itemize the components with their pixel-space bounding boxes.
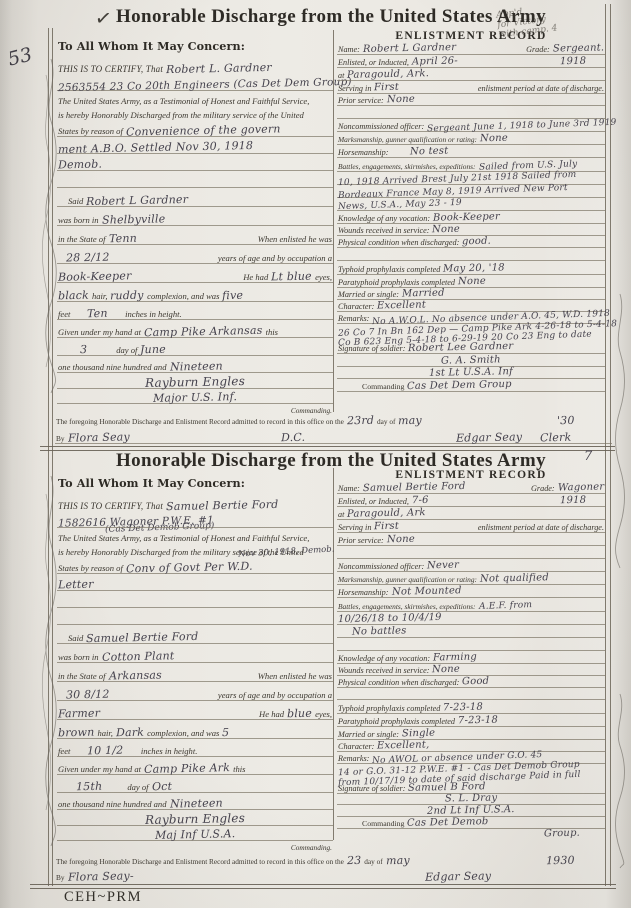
- value: may: [386, 855, 410, 866]
- label: Marksmanship, gunner qualification or ra…: [338, 575, 477, 584]
- value: None: [387, 95, 415, 106]
- form2-testimonial1-row: The United States Army, as a Testimonial…: [57, 528, 333, 543]
- salutation-text: To All Whom It May Concern:: [58, 476, 245, 490]
- value: 23: [347, 855, 362, 866]
- form1-reason3-row: Demob.: [57, 154, 333, 171]
- label: Grade:: [531, 484, 555, 493]
- form2-er-enlisted-row: Enlisted, or Inducted, 7-6 1918: [337, 494, 605, 507]
- label: inches in height.: [125, 309, 182, 319]
- label: Given under my hand at: [58, 764, 141, 774]
- form1-er-at-row: at Paragould, Ark.: [337, 68, 605, 81]
- label: Paratyphoid prophylaxis completed: [338, 278, 455, 287]
- deputy-signature: Flora Seay-: [67, 870, 133, 882]
- form1-day-row: 3 day of June: [57, 338, 333, 356]
- form2-er-battles2-row: 10/26/18 to 10/4/19: [337, 612, 605, 625]
- form2-given-row: Given under my hand at Camp Pike Ark thi…: [57, 757, 333, 775]
- label: Physical condition when discharged:: [338, 678, 459, 687]
- enlistment-record-title: ENLISTMENT RECORD: [338, 30, 604, 42]
- label: Remarks:: [338, 754, 369, 763]
- value: Sergeant.: [553, 43, 604, 54]
- signature: G. A. Smith: [441, 355, 501, 366]
- page-number: 53: [6, 43, 35, 70]
- label: feet: [58, 746, 70, 756]
- label: By: [56, 873, 65, 882]
- label: Knowledge of any vocation:: [338, 654, 430, 663]
- form2-blank-row-2: [57, 608, 333, 625]
- value: No test: [409, 147, 448, 158]
- form2-testimonial2-row: is hereby Honorably Discharged from the …: [57, 543, 333, 557]
- label: Paratyphoid prophylaxis completed: [338, 717, 455, 726]
- label: one thousand nine hundred and: [58, 799, 167, 809]
- form2-er-character-row: Character: Excellent,: [337, 740, 605, 752]
- value: Wagoner: [558, 483, 605, 494]
- label: was born in: [58, 652, 99, 662]
- value: Cas Det Dem Group: [407, 380, 512, 392]
- value: black: [58, 290, 89, 302]
- form1-enlistment-column: ENLISTMENT RECORD Name: Robert L Gardner…: [337, 28, 605, 392]
- form1-er-physical-row: Physical condition when discharged: good…: [337, 236, 605, 248]
- value: ment A.B.O. Settled Nov 30, 1918: [58, 140, 253, 155]
- value: Group.: [544, 829, 580, 840]
- form2-er-married-row: Married or single: Single: [337, 727, 605, 740]
- form1-er-wounds-row: Wounds received in service: None: [337, 224, 605, 236]
- form1-er-officer-signature-row: G. A. Smith: [337, 354, 605, 367]
- label: day of: [127, 782, 148, 792]
- label: He had: [259, 709, 284, 719]
- form1-discharge-column: To All Whom It May Concern: THIS IS TO C…: [57, 33, 333, 415]
- form2-er-officer-signature-row: S. L. Dray: [337, 794, 605, 805]
- value: ruddy: [110, 290, 144, 302]
- label: Character:: [338, 302, 374, 311]
- form2-officer-rank-row: Maj Inf U.S.A.: [57, 826, 333, 841]
- value: Farming: [433, 653, 477, 664]
- value: None: [458, 277, 486, 288]
- value: Book-Keeper: [58, 270, 132, 283]
- value: May 20, '18: [443, 263, 505, 274]
- value: Excellent: [377, 300, 426, 311]
- value: Excellent,: [377, 740, 430, 751]
- value: None: [387, 535, 415, 546]
- label: inches in height.: [141, 746, 198, 756]
- value: 30 8/12: [66, 689, 110, 701]
- form2-er-title-row: ENLISTMENT RECORD: [337, 466, 605, 481]
- label: enlistment period at date of discharge.: [478, 84, 604, 93]
- clerk-signature: Edgar Seay: [456, 431, 522, 443]
- form1-reason2-row: ment A.B.O. Settled Nov 30, 1918: [57, 137, 333, 154]
- label: Wounds received in service:: [338, 226, 429, 235]
- form2-blank-row-1: [57, 591, 333, 608]
- value: Samuel Bertie Ford: [166, 499, 279, 512]
- form2-footer-line2: By Flora Seay- Edgar Seay: [55, 866, 612, 882]
- label: Said: [68, 633, 83, 643]
- value: Nineteen: [169, 797, 222, 809]
- label: Said: [68, 196, 83, 206]
- form2-er-officer-rank-row: 2nd Lt Inf U.S.A.: [337, 805, 605, 817]
- form1-testimonial1-row: The United States Army, as a Testimonial…: [57, 91, 333, 106]
- form1-er-paratyphoid-row: Paratyphoid prophylaxis completed None: [337, 275, 605, 288]
- value: None: [432, 665, 460, 676]
- label: Enlisted, or Inducted,: [338, 58, 409, 67]
- label: Given under my hand at: [58, 327, 141, 337]
- form2-er-name-row: Name: Samuel Bertie Ford Grade: Wagoner: [337, 481, 605, 494]
- label: Character:: [338, 742, 374, 751]
- form1-serial-row: 2563554 23 Co 20th Engineers (Cas Det De…: [57, 74, 333, 91]
- label: Commanding.: [291, 843, 332, 852]
- label: Commanding: [362, 819, 404, 828]
- form1-er-enlisted-row: Enlisted, or Inducted, April 26- 1918: [337, 55, 605, 68]
- value: 1930: [546, 855, 575, 867]
- form2-said-row: Said Samuel Bertie Ford: [57, 625, 333, 644]
- value: Samuel Bertie Ford: [86, 631, 199, 644]
- form1-certify-row: THIS IS TO CERTIFY, That Robert L. Gardn…: [57, 53, 333, 74]
- form2-er-vocation-row: Knowledge of any vocation: Farming: [337, 651, 605, 664]
- label: in the State of: [58, 671, 106, 681]
- form2-er-blank2-row: [337, 638, 605, 651]
- soldier-signature: Robert Lee Gardner: [408, 342, 514, 354]
- form2-er-typhoid-row: Typhoid prophylaxis completed 7-23-18: [337, 700, 605, 714]
- label: THIS IS TO CERTIFY, That: [58, 64, 163, 74]
- value: Conv of Govt Per W.D.: [126, 561, 253, 575]
- value: First: [374, 83, 399, 94]
- form1-officer-rank-row: Major U.S. Inf.: [57, 389, 333, 404]
- value: Not Mounted: [391, 586, 461, 597]
- value: Good: [462, 677, 489, 688]
- value: 10/26/18 to 10/4/19: [338, 613, 442, 625]
- value: Maj Inf U.S.A.: [155, 828, 236, 841]
- label: The foregoing Honorable Discharge and En…: [56, 857, 344, 866]
- form1-er-serving-row: Serving in First enlistment period at da…: [337, 81, 605, 94]
- salutation-text: To All Whom It May Concern:: [58, 39, 245, 53]
- form2-year-row: one thousand nine hundred and Nineteen: [57, 793, 333, 810]
- value: may: [398, 415, 422, 426]
- value: June: [140, 344, 166, 356]
- label: eyes,: [315, 709, 332, 719]
- form2-er-blank-row: [337, 546, 605, 559]
- value: Samuel Bertie Ford: [363, 482, 466, 494]
- form1-said-row: Said Robert L Gardner: [57, 188, 333, 207]
- label: Wounds received in service:: [338, 666, 429, 675]
- form2-page-mark: 7: [584, 449, 592, 464]
- label: The United States Army, as a Testimonial…: [58, 533, 309, 543]
- value: Paragould, Ark.: [347, 69, 429, 81]
- value: Ten: [87, 308, 108, 319]
- label: Serving in: [338, 84, 371, 93]
- form2-day-row: 15th day of Oct: [57, 775, 333, 793]
- form2-age-row: 30 8/12 years of age and by occupation a: [57, 682, 333, 701]
- value: 1st Lt U.S.A. Inf: [429, 367, 513, 379]
- label: By: [56, 434, 65, 443]
- label: is hereby Honorably Discharged from the …: [58, 110, 304, 120]
- form1-er-vocation-row: Knowledge of any vocation: Book-Keeper: [337, 211, 605, 224]
- form1-recording-footer: The foregoing Honorable Discharge and En…: [55, 411, 612, 444]
- signature: S. L. Dray: [445, 793, 497, 804]
- initials-code: CEH~PRM: [64, 889, 142, 906]
- form1-er-blank-row: [337, 106, 605, 119]
- label: Remarks:: [338, 314, 369, 323]
- marginalia-scribble-right-top: [611, 290, 629, 570]
- label: Serving in: [338, 523, 371, 532]
- label: Marksmanship, gunner qualification or ra…: [338, 135, 477, 144]
- form1-er-married-row: Married or single: Married: [337, 288, 605, 300]
- value: five: [222, 290, 243, 301]
- value: April 26-: [412, 57, 458, 68]
- form2-certify-row: THIS IS TO CERTIFY, That Samuel Bertie F…: [57, 490, 333, 511]
- value: 7-23-18: [443, 703, 483, 714]
- value: good.: [462, 237, 491, 248]
- form1-er-horsemanship-row: Horsemanship: No test: [337, 145, 605, 158]
- deputy-signature: Flora Seay: [67, 431, 129, 443]
- form2-er-prior-row: Prior service: None: [337, 533, 605, 546]
- value: 7-6: [412, 496, 429, 506]
- value: 28 2/12: [66, 252, 110, 264]
- enlistment-record-title: ENLISTMENT RECORD: [338, 469, 604, 481]
- form1-er-typhoid-row: Typhoid prophylaxis completed May 20, '1…: [337, 261, 605, 275]
- value: First: [374, 522, 399, 533]
- label: THIS IS TO CERTIFY, That: [58, 501, 163, 511]
- form2-er-blank3-row: [337, 688, 605, 700]
- value: Camp Pike Ark: [144, 762, 230, 775]
- value: Cas Det Demob: [407, 817, 489, 829]
- form1-age-row: 28 2/12 years of age and by occupation a: [57, 245, 333, 264]
- value: Robert L Gardner: [86, 194, 188, 207]
- label: Battles, engagements, skirmishes, expedi…: [338, 602, 476, 611]
- label: Name:: [338, 45, 360, 54]
- label: eyes,: [315, 272, 332, 282]
- form1-footer-line1: The foregoing Honorable Discharge and En…: [55, 411, 612, 426]
- label: Prior service:: [338, 96, 384, 105]
- form2-er-at-row: at Paragould, Ark: [337, 507, 605, 520]
- value: 1918: [560, 496, 586, 507]
- form1-er-officer-rank-row: 1st Lt U.S.A. Inf: [337, 367, 605, 379]
- label: Noncommissioned officer:: [338, 122, 424, 131]
- value: 10 1/2: [87, 745, 124, 757]
- form2-discharge-column: To All Whom It May Concern: THIS IS TO C…: [57, 470, 333, 852]
- value: Demob.: [58, 159, 102, 171]
- label: Married or single:: [338, 290, 399, 299]
- label: hair,: [92, 291, 108, 301]
- form2-serial-row: 1582616 Wagoner P.W.E. #1: [57, 511, 333, 528]
- scanned-discharge-page: 53 App'd for Victory with camp. 4 ✓ Hono…: [0, 0, 631, 908]
- label: Physical condition when discharged:: [338, 238, 459, 247]
- signature: Rayburn Engles: [145, 812, 245, 826]
- value: Married: [402, 289, 445, 300]
- form1-state-row: in the State of Tenn When enlisted he wa…: [57, 226, 333, 245]
- value: Farmer: [58, 708, 100, 720]
- label: complexion, and was: [147, 728, 219, 738]
- signature: Rayburn Engles: [145, 375, 245, 389]
- value: Letter: [58, 579, 94, 591]
- label: Knowledge of any vocation:: [338, 214, 430, 223]
- value: 1582616 Wagoner P.W.E. #1: [58, 515, 214, 529]
- label: this: [266, 327, 278, 337]
- value: 7-23-18: [458, 716, 498, 727]
- form2-er-horsemanship-row: Horsemanship: Not Mounted: [337, 585, 605, 598]
- value: A.E.F. from: [478, 601, 531, 612]
- value: Paragould, Ark: [347, 508, 426, 520]
- value: Tenn: [108, 233, 136, 245]
- label: Prior service:: [338, 536, 384, 545]
- form1-given-row: Given under my hand at Camp Pike Arkansa…: [57, 320, 333, 338]
- label: Married or single:: [338, 730, 399, 739]
- value: Arkansas: [108, 669, 161, 681]
- form1-er-title-row: ENLISTMENT RECORD: [337, 28, 605, 42]
- label: one thousand nine hundred and: [58, 362, 167, 372]
- value: Not qualified: [480, 573, 549, 584]
- form1-height-row: feet Ten inches in height.: [57, 302, 333, 320]
- form2-state-row: in the State of Arkansas When enlisted h…: [57, 663, 333, 682]
- form1-er-blank2-row: [337, 248, 605, 261]
- form2-officer-signature-row: Rayburn Engles: [57, 810, 333, 826]
- form1-blank-row: [57, 171, 333, 188]
- form2-reason2-row: Letter: [57, 574, 333, 591]
- form2-footer-line1: The foregoing Honorable Discharge and En…: [55, 852, 612, 866]
- label: Noncommissioned officer:: [338, 562, 424, 571]
- form2-er-marksmanship-row: Marksmanship, gunner qualification or ra…: [337, 572, 605, 585]
- value: 23rd: [347, 415, 374, 427]
- label: at: [338, 71, 344, 80]
- form1-er-nco-row: Noncommissioned officer: Sergeant June 1…: [337, 119, 605, 132]
- value: 1918: [560, 57, 586, 68]
- right-border-line-inner: [605, 4, 606, 886]
- form1-er-prior-row: Prior service: None: [337, 94, 605, 106]
- value: Never: [427, 561, 459, 572]
- value: Nineteen: [169, 360, 222, 372]
- value: Major U.S. Inf.: [153, 391, 237, 404]
- label: in the State of: [58, 234, 106, 244]
- label: Horsemanship:: [338, 588, 389, 597]
- label: Battles, engagements, skirmishes, expedi…: [338, 162, 476, 171]
- label: day of: [116, 345, 137, 355]
- value: No battles: [352, 626, 407, 637]
- form2-height-row: feet 10 1/2 inches in height.: [57, 739, 333, 757]
- form1-title: Honorable Discharge from the United Stat…: [50, 6, 612, 28]
- label: enlistment period at date of discharge.: [478, 523, 604, 532]
- form1-er-name-row: Name: Robert L Gardner Grade: Sergeant.: [337, 42, 605, 55]
- value: Robert L. Gardner: [166, 62, 272, 75]
- label: day of: [377, 417, 395, 426]
- value: Convenience of the govern: [126, 123, 281, 137]
- form1-born-row: was born in Shelbyville: [57, 207, 333, 226]
- form2-er-commanding2-row: Group.: [337, 829, 605, 839]
- label: Typhoid prophylaxis completed: [338, 704, 440, 713]
- value: brown: [58, 727, 95, 739]
- label: Commanding: [362, 382, 404, 391]
- form2-enlistment-column: ENLISTMENT RECORD Name: Samuel Bertie Fo…: [337, 466, 605, 839]
- form1-occupation-row: Book-Keeper He had Lt blue eyes,: [57, 264, 333, 283]
- form1-hair-row: black hair, ruddy complexion, and was fi…: [57, 283, 333, 302]
- clerk-signature: Edgar Seay: [425, 870, 491, 882]
- value: Cotton Plant: [101, 650, 174, 663]
- form1-year-row: one thousand nine hundred and Nineteen: [57, 356, 333, 373]
- label: years of age and by occupation a: [218, 253, 332, 263]
- value: Dark: [116, 727, 144, 739]
- form2-er-physical-row: Physical condition when discharged: Good: [337, 676, 605, 688]
- label: day of: [364, 857, 382, 866]
- form1-salutation-row: To All Whom It May Concern:: [57, 33, 333, 53]
- form2-occupation-row: Farmer He had blue eyes,: [57, 701, 333, 720]
- value: 3: [80, 344, 87, 355]
- label: Typhoid prophylaxis completed: [338, 265, 440, 274]
- value: None: [480, 134, 508, 145]
- value: 15th: [76, 781, 103, 793]
- form2-salutation-row: To All Whom It May Concern:: [57, 470, 333, 490]
- form1-footer-line2: By Flora Seay D.C. Edgar Seay Clerk: [55, 426, 612, 444]
- form2-recording-footer: The foregoing Honorable Discharge and En…: [55, 852, 612, 882]
- form2-commanding-row: Commanding.: [57, 841, 333, 852]
- label: Grade:: [526, 45, 550, 54]
- form2-hair-row: brown hair, Dark complexion, and was 5: [57, 720, 333, 739]
- value: 5: [222, 727, 229, 738]
- form1-er-commanding-row: Commanding Cas Det Dem Group: [337, 379, 605, 392]
- label: When enlisted he was: [258, 234, 332, 244]
- form2-er-serving-row: Serving in First enlistment period at da…: [337, 520, 605, 533]
- value: '30: [557, 415, 575, 426]
- label: years of age and by occupation a: [218, 690, 332, 700]
- value: 2nd Lt Inf U.S.A.: [427, 805, 515, 817]
- form2-er-wounds-row: Wounds received in service: None: [337, 664, 605, 676]
- label: this: [233, 764, 245, 774]
- form2-er-paratyphoid-row: Paratyphoid prophylaxis completed 7-23-1…: [337, 714, 605, 727]
- label: is hereby Honorably Discharged from the …: [58, 547, 304, 557]
- form2-er-nco-row: Noncommissioned officer: Never: [337, 559, 605, 572]
- label: States by reason of: [58, 563, 123, 573]
- marginalia-scribble-right-bottom: [611, 690, 629, 870]
- label: Horsemanship:: [338, 148, 389, 157]
- form1-er-marksmanship-row: Marksmanship, gunner qualification or ra…: [337, 132, 605, 145]
- label: at: [338, 510, 344, 519]
- label: The foregoing Honorable Discharge and En…: [56, 417, 344, 426]
- form1-reason-row: States by reason of Convenience of the g…: [57, 120, 333, 137]
- form2-born-row: was born in Cotton Plant: [57, 644, 333, 663]
- value: Clerk: [540, 432, 572, 444]
- form2-column-divider: [333, 468, 334, 840]
- form1-er-battles4-row: News, U.S.A., May 23 - 19: [337, 198, 605, 211]
- value: Camp Pike Arkansas: [144, 325, 263, 338]
- label: complexion, and was: [147, 291, 219, 301]
- form1-er-battles3-row: Bordeaux France May 8, 1919 Arrived New …: [337, 185, 605, 198]
- form1-officer-signature-row: Rayburn Engles: [57, 373, 333, 389]
- form2-reason-row: States by reason of Conv of Govt Per W.D…: [57, 557, 333, 574]
- form2-er-battles3-row: No battles: [337, 625, 605, 638]
- value: Lt blue: [271, 271, 312, 283]
- label: was born in: [58, 215, 99, 225]
- value: blue: [287, 708, 312, 720]
- label: He had: [243, 272, 268, 282]
- value: D.C.: [281, 432, 305, 444]
- label: hair,: [97, 728, 113, 738]
- form1-testimonial2-row: is hereby Honorably Discharged from the …: [57, 106, 333, 120]
- value: Single: [402, 729, 435, 740]
- label: When enlisted he was: [258, 671, 332, 681]
- label: The United States Army, as a Testimonial…: [58, 96, 309, 106]
- value: Shelbyville: [101, 213, 165, 225]
- label: feet: [58, 309, 70, 319]
- value: Book-Keeper: [433, 212, 500, 223]
- form2-er-battles-row: Battles, engagements, skirmishes, expedi…: [337, 598, 605, 612]
- label: States by reason of: [58, 126, 123, 136]
- value: Oct: [151, 781, 171, 792]
- value: None: [432, 225, 460, 236]
- label: Enlisted, or Inducted,: [338, 497, 409, 506]
- value: Robert L Gardner: [363, 43, 456, 55]
- label: Name:: [338, 484, 360, 493]
